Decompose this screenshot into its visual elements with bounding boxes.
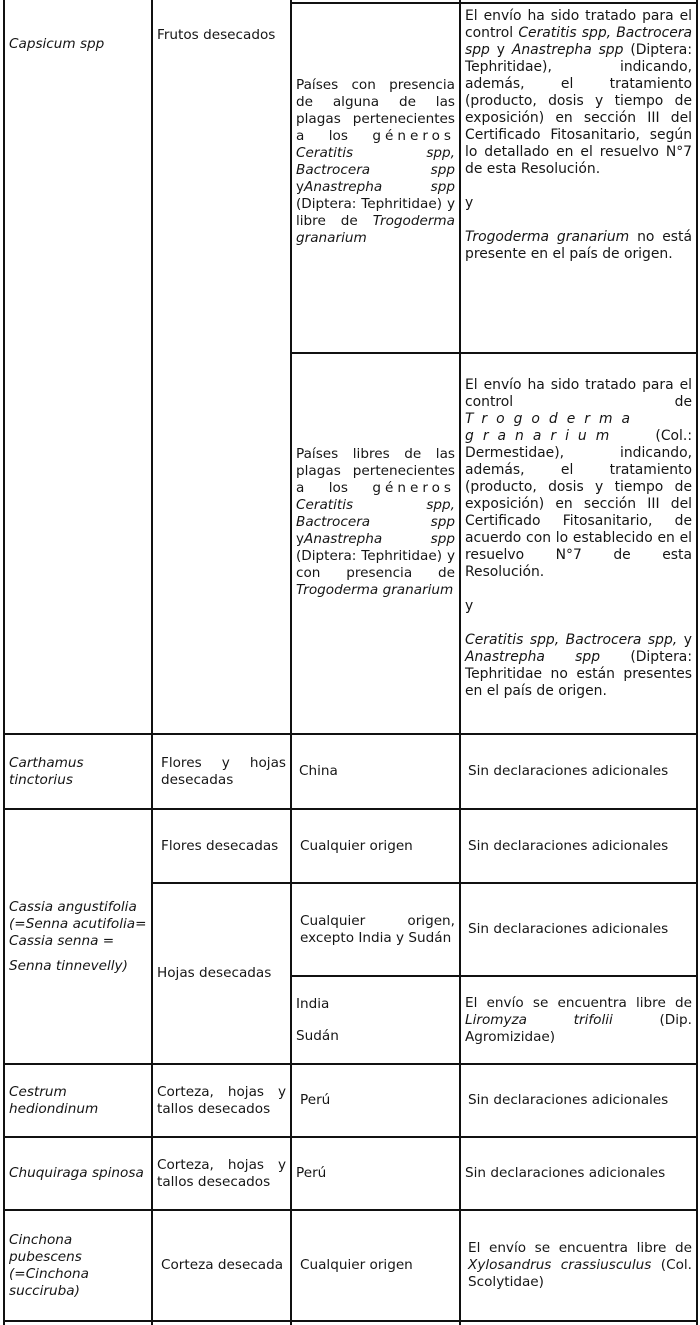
product-cell: Corteza, hojas y tallos desecados (153, 1138, 290, 1209)
requirement-text: El envío se encuentra libre de (468, 1240, 692, 1256)
product-name: Corteza, hojas y tallos desecados (157, 1157, 286, 1191)
species-name: Chuquiraga spinosa (9, 1165, 147, 1182)
species-name: Cinchona pubescens (=Cinchona succiruba) (9, 1232, 147, 1300)
requirement-cell: El envío se encuentra libre de Xylosandr… (464, 1211, 696, 1320)
species-cell: Chuquiraga spinosa (5, 1138, 151, 1209)
species-cell: Cinchona pubescens (=Cinchona succiruba) (5, 1211, 151, 1320)
requirement-text: Anastrepha spp (512, 42, 624, 58)
origin-text: Anastrepha spp (304, 531, 455, 547)
product-cell: Flores desecadas (157, 810, 290, 882)
requirement-text: y (684, 632, 692, 648)
origin-text: géneros (372, 480, 455, 496)
origin-text: Cualquier origen, excepto India y Sudán (300, 913, 455, 947)
species-name-synonym: Senna tinnevelly) (9, 958, 147, 975)
species-cell: Carthamus tinctorius (5, 735, 151, 808)
origin-cell: Países libres de las plagas pertenecient… (292, 446, 459, 599)
origin-cell: Cualquier origen, excepto India y Sudán (296, 884, 459, 975)
requirement-cell: Sin declaraciones adicionales (464, 884, 696, 975)
requirement-text: Sin declaraciones adicionales (468, 838, 692, 855)
requirement-text: Sin declaraciones adicionales (465, 1165, 692, 1182)
requirement-text: El envío ha sido tratado para el control… (465, 377, 692, 410)
origin-text: Cualquier origen (300, 838, 455, 855)
row-border (290, 352, 698, 354)
requirement-cell: Sin declaraciones adicionales (461, 1138, 696, 1209)
product-cell: Flores y hojas desecadas (157, 735, 290, 808)
requirement-text: (Diptera: Tephritidae), indicando, ademá… (465, 42, 692, 177)
requirement-text: Anastrepha spp (465, 649, 600, 665)
origin-cell: Perú (292, 1138, 459, 1209)
origin-cell: India Sudán (292, 977, 459, 1063)
origin-text: Sudán (296, 1028, 455, 1045)
origin-text: Trogoderma granarium (296, 582, 453, 598)
requirement-text: Trogoderma granarium (465, 229, 629, 245)
product-name: Flores y hojas desecadas (161, 755, 286, 789)
product-cell: Corteza, hojas y tallos desecados (153, 1065, 290, 1136)
requirement-text: Sin declaraciones adicionales (468, 1092, 692, 1109)
origin-cell: Países con presencia de alguna de las pl… (292, 77, 459, 247)
requirement-cell: Sin declaraciones adicionales (464, 810, 696, 882)
species-name: Cestrum hediondinum (9, 1084, 147, 1118)
origin-text: China (299, 763, 455, 780)
product-cell: Hojas desecadas (153, 884, 290, 1063)
origin-cell: Cualquier origen (296, 1211, 459, 1320)
origin-text: (Diptera: Tephritidae) y con presencia d… (296, 548, 455, 581)
requirement-cell: Sin declaraciones adicionales (464, 1065, 696, 1136)
product-name: Flores desecadas (161, 838, 286, 855)
requirement-cell: Sin declaraciones adicionales (464, 735, 696, 808)
species-name: Capsicum spp (9, 36, 104, 52)
requirement-cell: El envío ha sido tratado para el control… (461, 8, 696, 263)
origin-text: y (296, 531, 304, 547)
requirement-connector: y (465, 195, 692, 212)
origin-text: India (296, 996, 455, 1013)
requirement-text: y (497, 42, 505, 58)
row-border (290, 2, 698, 4)
requirement-text: El envío se encuentra libre de (465, 995, 692, 1011)
col-border-right (696, 0, 698, 1325)
species-cell: Cestrum hediondinum (5, 1065, 151, 1136)
origin-cell: Perú (296, 1065, 459, 1136)
requirement-text: Liromyza trifolii (465, 1012, 613, 1028)
product-cell: Corteza desecada (157, 1211, 290, 1320)
origin-text: Perú (296, 1165, 455, 1182)
origin-text: Cualquier origen (300, 1257, 455, 1274)
requirement-connector: y (465, 598, 692, 615)
row-border (3, 1320, 698, 1322)
product-cell: Frutos desecados (153, 27, 290, 44)
origin-text: y (296, 179, 304, 195)
species-cell: Capsicum spp (5, 36, 151, 53)
product-name: Hojas desecadas (157, 965, 286, 982)
origin-text: Ceratitis spp, Bactrocera spp (296, 145, 455, 178)
requirement-text: Ceratitis spp, Bactrocera spp, (465, 632, 677, 648)
product-name: Frutos desecados (157, 27, 275, 43)
species-cell: Cassia angustifolia (=Senna acutifolia= … (5, 810, 151, 1063)
origin-text: géneros (372, 128, 455, 144)
product-name: Corteza, hojas y tallos desecados (157, 1084, 286, 1118)
requirement-cell: El envío se encuentra libre de Liromyza … (461, 977, 696, 1063)
requirement-cell: El envío ha sido tratado para el control… (461, 377, 696, 700)
requirement-text: Trogoderma granarium (465, 411, 639, 444)
origin-text: Ceratitis spp, Bactrocera spp (296, 497, 455, 530)
requirement-text: Sin declaraciones adicionales (468, 763, 692, 780)
species-name: Cassia angustifolia (=Senna acutifolia= … (9, 899, 147, 950)
origin-text: Perú (300, 1092, 455, 1109)
origin-text: Anastrepha spp (304, 179, 455, 195)
requirement-text: Xylosandrus crassiusculus (468, 1257, 651, 1273)
requirement-text: Sin declaraciones adicionales (468, 921, 692, 938)
origin-cell: Cualquier origen (296, 810, 459, 882)
product-name: Corteza desecada (161, 1257, 286, 1274)
requirement-text: (Col.: Dermestidae), indicando, además, … (465, 428, 692, 580)
origin-cell: China (295, 735, 459, 808)
species-name: Carthamus tinctorius (9, 755, 147, 789)
